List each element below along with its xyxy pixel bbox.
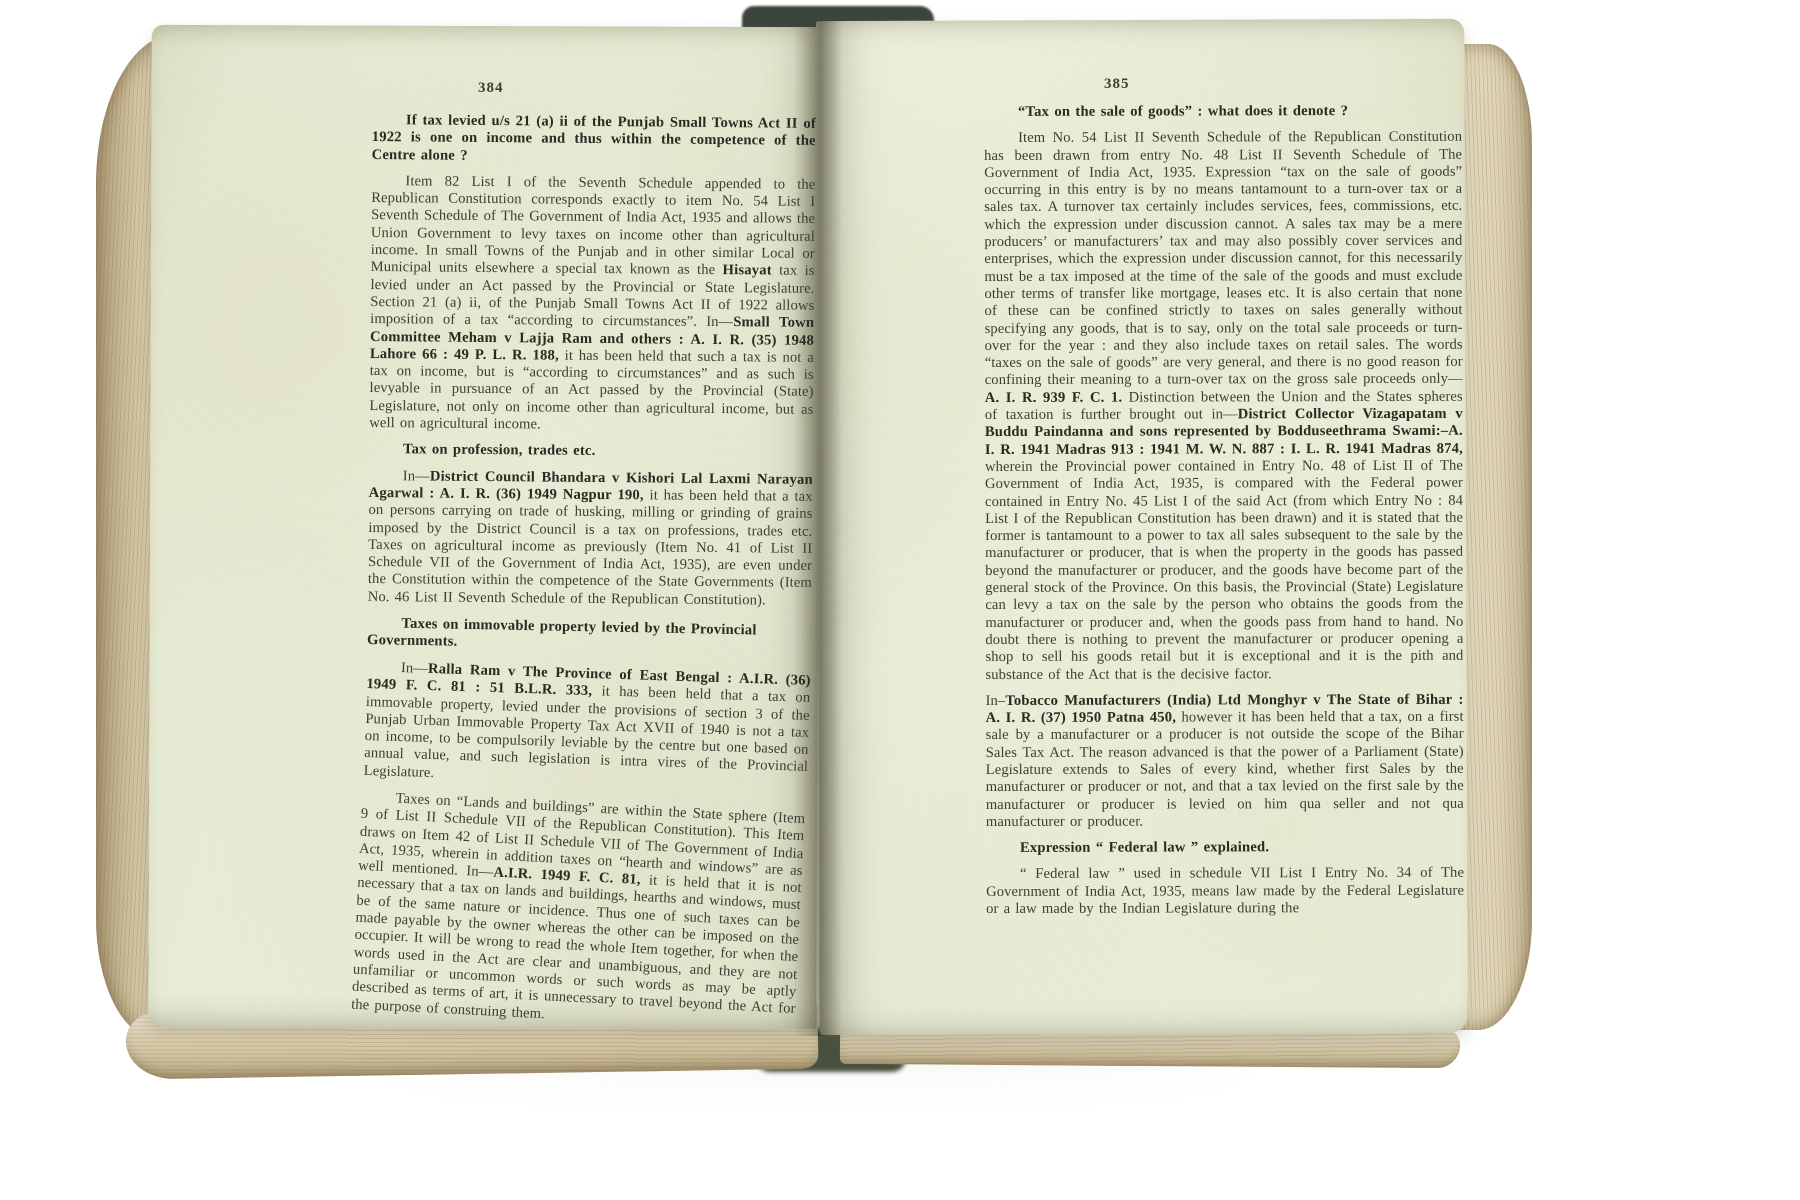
book-photo: 384 385 If tax levied u/s 21 (a) ii of t… <box>0 0 1800 1200</box>
paragraph: In–Tobacco Manufacturers (India) Ltd Mon… <box>986 692 1464 832</box>
paragraph: Item 82 List I of the Seventh Schedule a… <box>369 173 815 436</box>
paragraph: Taxes on immovable property levied by th… <box>367 615 812 658</box>
paragraph: Item No. 54 List II Seventh Schedule of … <box>984 129 1463 684</box>
paragraph: “ Federal law ” used in schedule VII Lis… <box>986 865 1464 918</box>
right-page-text: “Tax on the sale of goods” : what does i… <box>984 103 1464 928</box>
paragraph: “Tax on the sale of goods” : what does i… <box>984 103 1462 122</box>
page-edges-right <box>1456 44 1532 1030</box>
paragraph: In—District Council Bhandara v Kishori L… <box>368 468 813 610</box>
paragraph: Expression “ Federal law ” explained. <box>986 839 1464 858</box>
paragraph: If tax levied u/s 21 (a) ii of the Punja… <box>372 112 816 168</box>
paragraph: Tax on profession, trades etc. <box>369 441 813 462</box>
paragraph: In—Ralla Ram v The Province of East Beng… <box>363 659 811 794</box>
left-page-text: If tax levied u/s 21 (a) ii of the Punja… <box>364 112 816 1026</box>
left-page-number: 384 <box>478 80 504 96</box>
right-page-number: 385 <box>1104 76 1130 92</box>
paragraph: Taxes on “Lands and buildings” are withi… <box>351 788 806 1035</box>
